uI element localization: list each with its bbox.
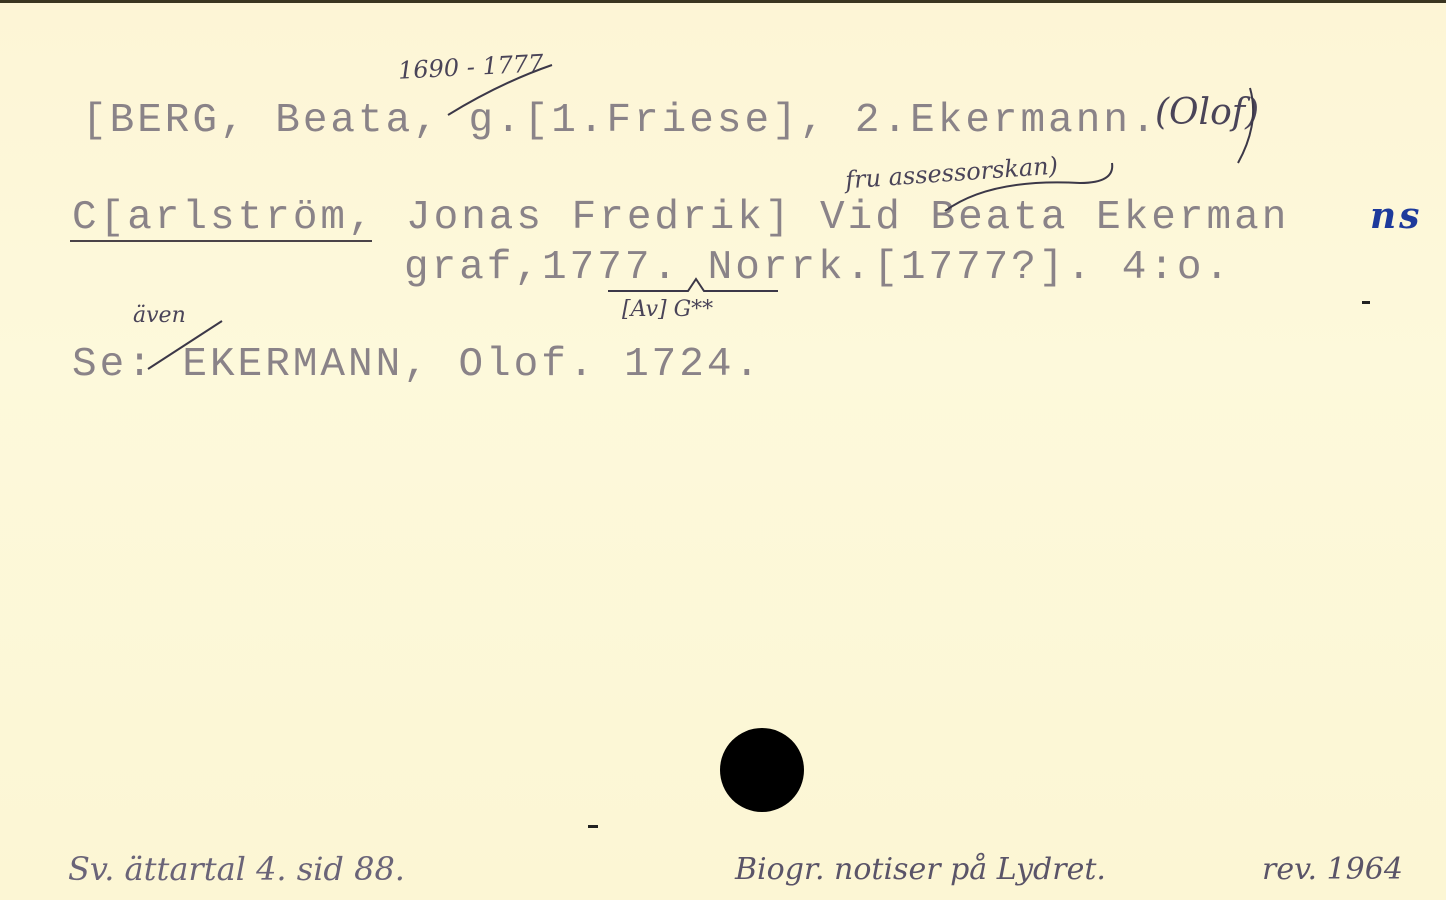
punch-hole: [720, 728, 804, 812]
footer-left-note: Sv. ättartal 4. sid 88.: [68, 853, 405, 885]
margin-mark: [1362, 301, 1370, 304]
catalog-card: 1690 - 1777 [BERG, Beata, g.[1.Friese], …: [0, 0, 1446, 900]
footer-middle-note: Biogr. notiser på Lydret.: [735, 855, 1106, 885]
margin-mark: [588, 825, 598, 828]
footer-right-note: rev. 1964: [1262, 855, 1403, 885]
